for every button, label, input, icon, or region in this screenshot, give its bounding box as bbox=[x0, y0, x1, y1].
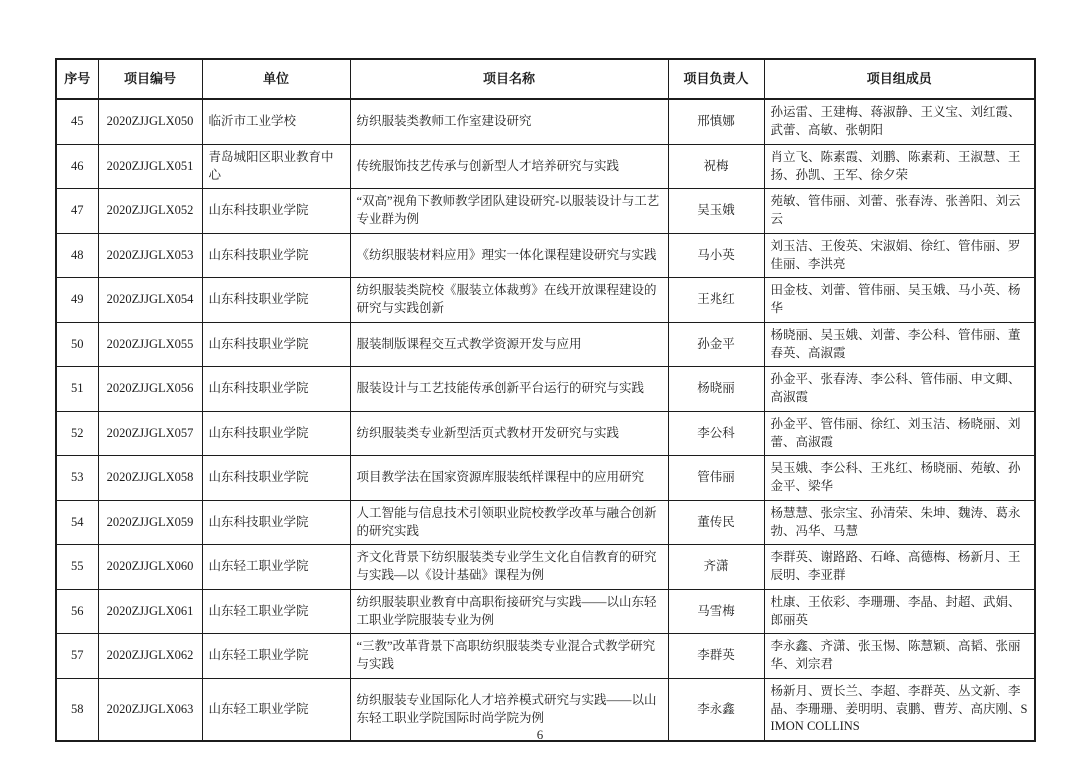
cell-members: 李群英、谢路路、石峰、高德梅、杨新月、王辰明、李亚群 bbox=[764, 545, 1035, 590]
cell-title: 《纺织服装材料应用》理实一体化课程建设研究与实践 bbox=[350, 233, 668, 278]
cell-code: 2020ZJJGLX053 bbox=[98, 233, 202, 278]
cell-leader: 李群英 bbox=[668, 634, 764, 679]
cell-members: 杜康、王依彩、李珊珊、李晶、封超、武娟、郎丽英 bbox=[764, 589, 1035, 634]
table-row: 57 2020ZJJGLX062 山东轻工职业学院 “三教”改革背景下高职纺织服… bbox=[56, 634, 1035, 679]
cell-leader: 吴玉娥 bbox=[668, 189, 764, 234]
cell-code: 2020ZJJGLX054 bbox=[98, 278, 202, 323]
cell-leader: 李公科 bbox=[668, 411, 764, 456]
cell-unit: 山东科技职业学院 bbox=[202, 278, 350, 323]
cell-leader: 马雪梅 bbox=[668, 589, 764, 634]
cell-members: 田金枝、刘蕾、管伟丽、吴玉娥、马小英、杨华 bbox=[764, 278, 1035, 323]
cell-members: 孙运雷、王建梅、蒋淑静、王义宝、刘红霞、武蕾、高敏、张朝阳 bbox=[764, 99, 1035, 144]
cell-title: “双高”视角下教师教学团队建设研究-以服装设计与工艺专业群为例 bbox=[350, 189, 668, 234]
cell-unit: 山东轻工职业学院 bbox=[202, 634, 350, 679]
cell-code: 2020ZJJGLX062 bbox=[98, 634, 202, 679]
cell-unit: 山东科技职业学院 bbox=[202, 500, 350, 545]
col-header-no: 序号 bbox=[56, 59, 98, 99]
table-row: 52 2020ZJJGLX057 山东科技职业学院 纺织服装类专业新型活页式教材… bbox=[56, 411, 1035, 456]
cell-unit: 山东科技职业学院 bbox=[202, 189, 350, 234]
cell-members: 吴玉娥、李公科、王兆红、杨晓丽、苑敏、孙金平、梁华 bbox=[764, 456, 1035, 501]
cell-leader: 马小英 bbox=[668, 233, 764, 278]
cell-unit: 青岛城阳区职业教育中心 bbox=[202, 144, 350, 189]
cell-code: 2020ZJJGLX060 bbox=[98, 545, 202, 590]
cell-unit: 山东科技职业学院 bbox=[202, 411, 350, 456]
cell-members: 孙金平、张春涛、李公科、管伟丽、申文卿、高淑霞 bbox=[764, 367, 1035, 412]
cell-title: “三教”改革背景下高职纺织服装类专业混合式教学研究与实践 bbox=[350, 634, 668, 679]
cell-leader: 齐潇 bbox=[668, 545, 764, 590]
cell-unit: 山东科技职业学院 bbox=[202, 456, 350, 501]
table-row: 56 2020ZJJGLX061 山东轻工职业学院 纺织服装职业教育中高职衔接研… bbox=[56, 589, 1035, 634]
table-row: 50 2020ZJJGLX055 山东科技职业学院 服装制版课程交互式教学资源开… bbox=[56, 322, 1035, 367]
cell-leader: 董传民 bbox=[668, 500, 764, 545]
cell-title: 纺织服装职业教育中高职衔接研究与实践——以山东轻工职业学院服装专业为例 bbox=[350, 589, 668, 634]
col-header-unit: 单位 bbox=[202, 59, 350, 99]
cell-title: 项目教学法在国家资源库服装纸样课程中的应用研究 bbox=[350, 456, 668, 501]
cell-members: 李永鑫、齐潇、张玉惕、陈慧颖、高韬、张丽华、刘宗君 bbox=[764, 634, 1035, 679]
cell-no: 52 bbox=[56, 411, 98, 456]
projects-table: 序号 项目编号 单位 项目名称 项目负责人 项目组成员 45 2020ZJJGL… bbox=[55, 58, 1036, 742]
cell-leader: 杨晓丽 bbox=[668, 367, 764, 412]
cell-unit: 山东科技职业学院 bbox=[202, 233, 350, 278]
col-header-members: 项目组成员 bbox=[764, 59, 1035, 99]
cell-code: 2020ZJJGLX059 bbox=[98, 500, 202, 545]
table-row: 47 2020ZJJGLX052 山东科技职业学院 “双高”视角下教师教学团队建… bbox=[56, 189, 1035, 234]
table-row: 48 2020ZJJGLX053 山东科技职业学院 《纺织服装材料应用》理实一体… bbox=[56, 233, 1035, 278]
cell-code: 2020ZJJGLX056 bbox=[98, 367, 202, 412]
cell-title: 服装设计与工艺技能传承创新平台运行的研究与实践 bbox=[350, 367, 668, 412]
cell-title: 服装制版课程交互式教学资源开发与应用 bbox=[350, 322, 668, 367]
table-row: 53 2020ZJJGLX058 山东科技职业学院 项目教学法在国家资源库服装纸… bbox=[56, 456, 1035, 501]
cell-code: 2020ZJJGLX051 bbox=[98, 144, 202, 189]
cell-no: 48 bbox=[56, 233, 98, 278]
cell-no: 55 bbox=[56, 545, 98, 590]
table-row: 45 2020ZJJGLX050 临沂市工业学校 纺织服装类教师工作室建设研究 … bbox=[56, 99, 1035, 144]
table-row: 46 2020ZJJGLX051 青岛城阳区职业教育中心 传统服饰技艺传承与创新… bbox=[56, 144, 1035, 189]
col-header-leader: 项目负责人 bbox=[668, 59, 764, 99]
cell-no: 49 bbox=[56, 278, 98, 323]
cell-members: 苑敏、管伟丽、刘蕾、张春涛、张善阳、刘云云 bbox=[764, 189, 1035, 234]
projects-table-body: 45 2020ZJJGLX050 临沂市工业学校 纺织服装类教师工作室建设研究 … bbox=[56, 99, 1035, 741]
cell-title: 纺织服装类专业新型活页式教材开发研究与实践 bbox=[350, 411, 668, 456]
cell-code: 2020ZJJGLX061 bbox=[98, 589, 202, 634]
page-number: 6 bbox=[0, 727, 1080, 743]
cell-code: 2020ZJJGLX057 bbox=[98, 411, 202, 456]
cell-no: 50 bbox=[56, 322, 98, 367]
table-row: 54 2020ZJJGLX059 山东科技职业学院 人工智能与信息技术引领职业院… bbox=[56, 500, 1035, 545]
cell-code: 2020ZJJGLX050 bbox=[98, 99, 202, 144]
cell-no: 56 bbox=[56, 589, 98, 634]
cell-members: 杨晓丽、吴玉娥、刘蕾、李公科、管伟丽、董春英、高淑霞 bbox=[764, 322, 1035, 367]
table-row: 49 2020ZJJGLX054 山东科技职业学院 纺织服装类院校《服装立体裁剪… bbox=[56, 278, 1035, 323]
cell-leader: 孙金平 bbox=[668, 322, 764, 367]
cell-no: 46 bbox=[56, 144, 98, 189]
cell-unit: 山东轻工职业学院 bbox=[202, 589, 350, 634]
table-header-row: 序号 项目编号 单位 项目名称 项目负责人 项目组成员 bbox=[56, 59, 1035, 99]
cell-code: 2020ZJJGLX055 bbox=[98, 322, 202, 367]
cell-unit: 山东科技职业学院 bbox=[202, 367, 350, 412]
cell-members: 孙金平、管伟丽、徐红、刘玉洁、杨晓丽、刘蕾、高淑霞 bbox=[764, 411, 1035, 456]
table-row: 51 2020ZJJGLX056 山东科技职业学院 服装设计与工艺技能传承创新平… bbox=[56, 367, 1035, 412]
cell-leader: 管伟丽 bbox=[668, 456, 764, 501]
cell-title: 纺织服装类院校《服装立体裁剪》在线开放课程建设的研究与实践创新 bbox=[350, 278, 668, 323]
cell-no: 47 bbox=[56, 189, 98, 234]
col-header-code: 项目编号 bbox=[98, 59, 202, 99]
col-header-title: 项目名称 bbox=[350, 59, 668, 99]
cell-leader: 祝梅 bbox=[668, 144, 764, 189]
cell-members: 刘玉洁、王俊英、宋淑娟、徐红、管伟丽、罗佳丽、李洪亮 bbox=[764, 233, 1035, 278]
cell-title: 纺织服装类教师工作室建设研究 bbox=[350, 99, 668, 144]
cell-leader: 邢慎娜 bbox=[668, 99, 764, 144]
cell-unit: 山东轻工职业学院 bbox=[202, 545, 350, 590]
cell-no: 54 bbox=[56, 500, 98, 545]
cell-unit: 山东科技职业学院 bbox=[202, 322, 350, 367]
cell-no: 51 bbox=[56, 367, 98, 412]
cell-title: 人工智能与信息技术引领职业院校教学改革与融合创新的研究实践 bbox=[350, 500, 668, 545]
cell-title: 传统服饰技艺传承与创新型人才培养研究与实践 bbox=[350, 144, 668, 189]
cell-no: 57 bbox=[56, 634, 98, 679]
cell-code: 2020ZJJGLX052 bbox=[98, 189, 202, 234]
cell-code: 2020ZJJGLX058 bbox=[98, 456, 202, 501]
cell-title: 齐文化背景下纺织服装类专业学生文化自信教育的研究与实践—以《设计基础》课程为例 bbox=[350, 545, 668, 590]
document-page: 序号 项目编号 单位 项目名称 项目负责人 项目组成员 45 2020ZJJGL… bbox=[0, 0, 1080, 763]
cell-unit: 临沂市工业学校 bbox=[202, 99, 350, 144]
cell-leader: 王兆红 bbox=[668, 278, 764, 323]
cell-no: 53 bbox=[56, 456, 98, 501]
cell-members: 肖立飞、陈素霞、刘鹏、陈素莉、王淑慧、王扬、孙凯、王军、徐夕荣 bbox=[764, 144, 1035, 189]
cell-members: 杨慧慧、张宗宝、孙清荣、朱坤、魏涛、葛永勃、冯华、马慧 bbox=[764, 500, 1035, 545]
cell-no: 45 bbox=[56, 99, 98, 144]
table-row: 55 2020ZJJGLX060 山东轻工职业学院 齐文化背景下纺织服装类专业学… bbox=[56, 545, 1035, 590]
